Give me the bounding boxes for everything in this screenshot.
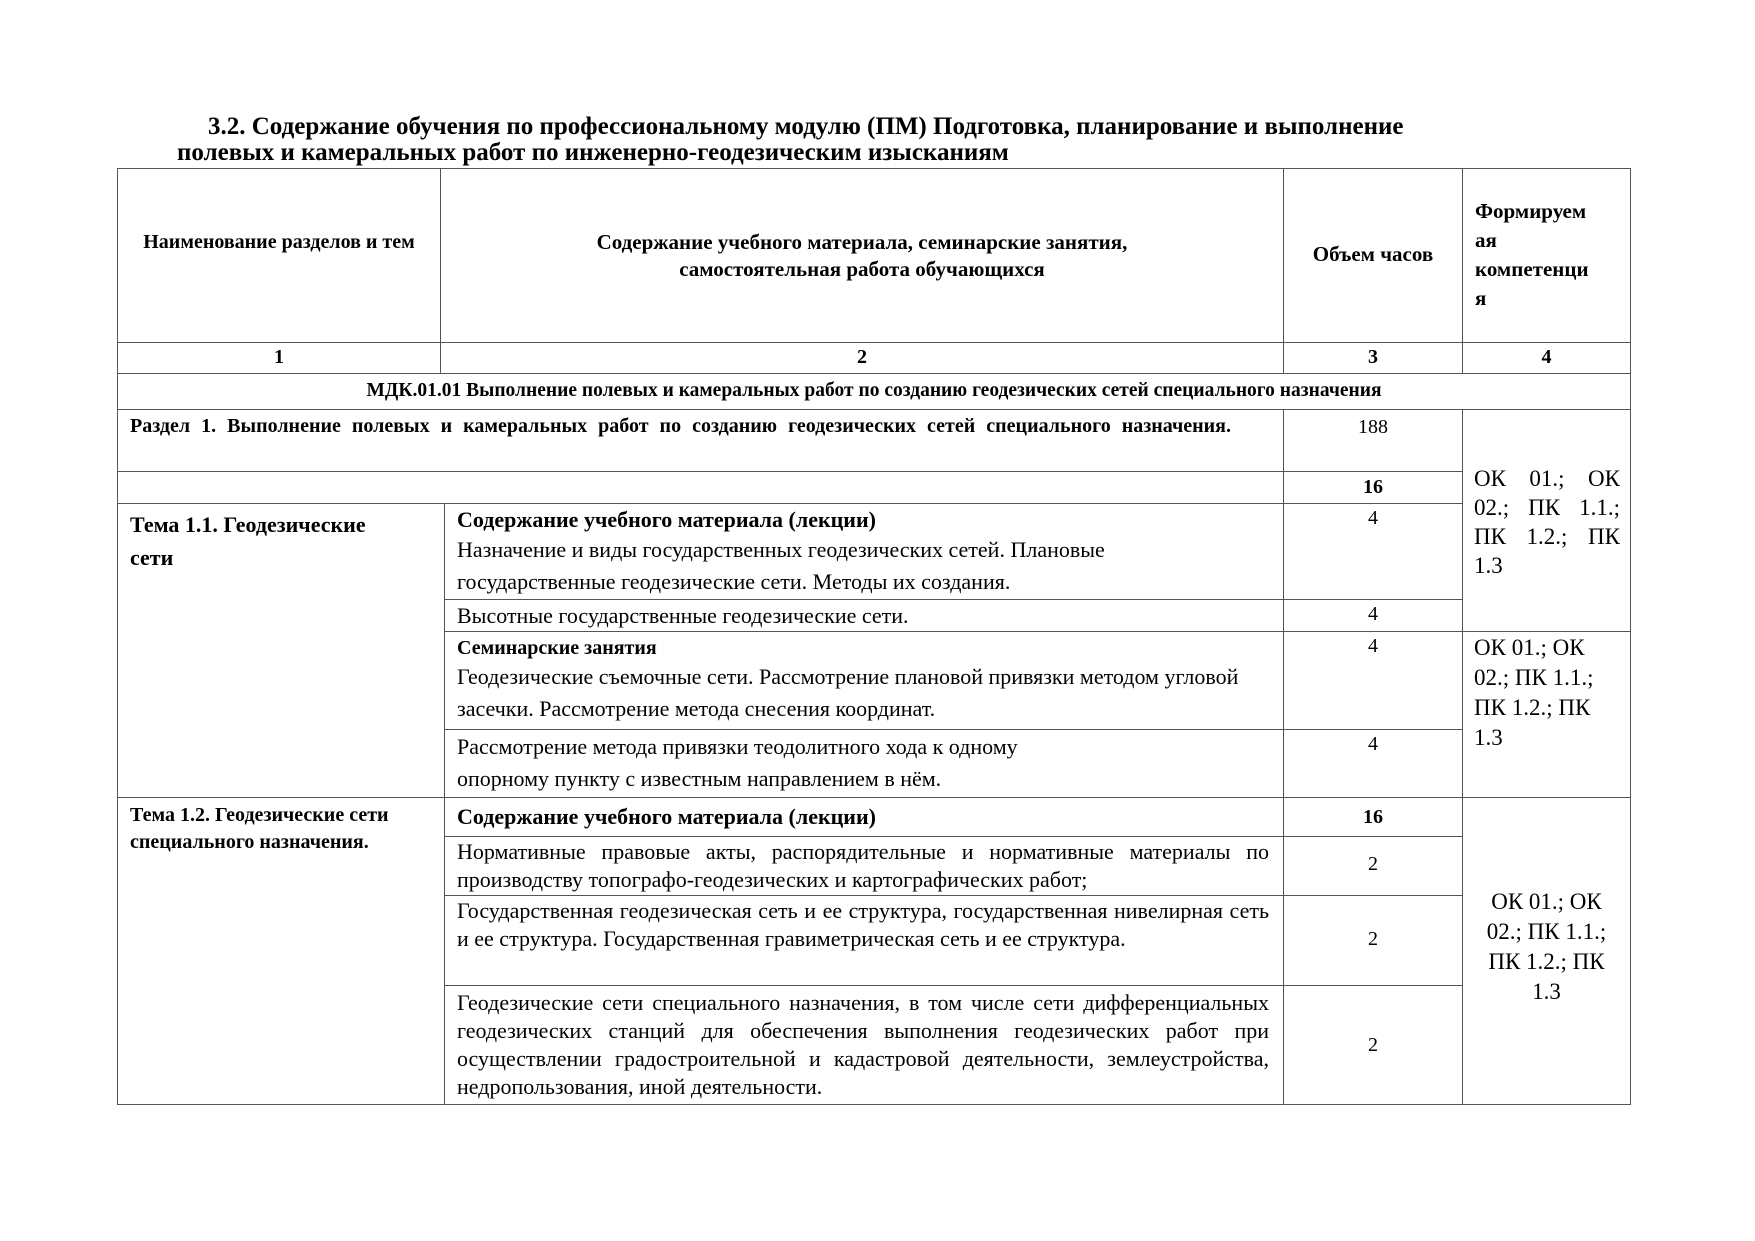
- row-content: Семинарские занятия Геодезические съемоч…: [457, 635, 1263, 725]
- row-hours: 4: [1284, 601, 1462, 628]
- mdk-row: МДК.01.01 Выполнение полевых и камеральн…: [117, 373, 1631, 410]
- document-title-line1: 3.2. Содержание обучения по профессионал…: [208, 114, 1403, 140]
- topic-1-1-row-4: Рассмотрение метода привязки теодолитног…: [444, 729, 1284, 798]
- document-title-line2: полевых и камеральных работ по инженерно…: [177, 140, 1009, 166]
- header-cell-3: Объем часов: [1283, 168, 1463, 343]
- row-heading: Семинарские занятия: [457, 635, 1263, 661]
- seminar-competence-cell: ОК 01.; ОК 02.; ПК 1.1.; ПК 1.2.; ПК 1.3: [1462, 631, 1631, 798]
- header-competence: Формируем ая компетенци я: [1475, 197, 1589, 313]
- subtotal-hours-cell: 16: [1283, 471, 1463, 504]
- header-cell-2: Содержание учебного материала, семинарск…: [440, 168, 1284, 343]
- row-text: Геодезические съемочные сети. Рассмотрен…: [457, 661, 1263, 725]
- section-hours: 188: [1284, 414, 1462, 441]
- header-competence-line: я: [1475, 284, 1589, 313]
- topic-1-1-title: Тема 1.1. Геодезические сети: [130, 508, 414, 574]
- colnum-cell-2: 2: [440, 342, 1284, 374]
- subtotal-hours: 16: [1284, 474, 1462, 501]
- row-heading: Содержание учебного материала (лекции): [457, 801, 876, 832]
- hours-cell: 16: [1283, 797, 1463, 837]
- row-hours: 4: [1284, 505, 1462, 532]
- hours-cell: 4: [1283, 503, 1463, 600]
- hours-cell: 2: [1283, 895, 1463, 986]
- row-text: Рассмотрение метода привязки теодолитног…: [457, 731, 1113, 795]
- hours-cell: 2: [1283, 836, 1463, 896]
- section-title-cell: Раздел 1. Выполнение полевых и камеральн…: [117, 409, 1284, 472]
- colnum-cell-4: 4: [1462, 342, 1631, 374]
- topic-1-2-row-2: Государственная геодезическая сеть и ее …: [444, 895, 1284, 986]
- section-hours-cell: 188: [1283, 409, 1463, 472]
- mdk-title: МДК.01.01 Выполнение полевых и камеральн…: [118, 377, 1630, 404]
- topic-1-1-row-3: Семинарские занятия Геодезические съемоч…: [444, 631, 1284, 730]
- topic-1-2-lecture-heading-cell: Содержание учебного материала (лекции): [444, 797, 1284, 837]
- header-competence-line: Формируем: [1475, 197, 1589, 226]
- topic-1-1-cell: Тема 1.1. Геодезические сети: [117, 503, 445, 798]
- subtotal-blank-cell: [117, 471, 1284, 504]
- row-hours: 4: [1284, 731, 1462, 758]
- colnum-cell-1: 1: [117, 342, 441, 374]
- topic-1-2-competence-cell: ОК 01.; ОК 02.; ПК 1.1.; ПК 1.2.; ПК 1.3: [1462, 797, 1631, 1105]
- row-hours: 4: [1284, 633, 1462, 660]
- colnum-cell-3: 3: [1283, 342, 1463, 374]
- hours-cell: 4: [1283, 599, 1463, 632]
- seminar-competence: ОК 01.; ОК 02.; ПК 1.1.; ПК 1.2.; ПК 1.3: [1474, 633, 1622, 753]
- hours-cell: 4: [1283, 729, 1463, 798]
- section-competence: ОК 01.; ОК 02.; ПК 1.1.; ПК 1.2.; ПК 1.3: [1474, 464, 1620, 580]
- row-text: Нормативные правовые акты, распорядитель…: [457, 838, 1269, 894]
- column-number: 1: [118, 344, 440, 371]
- header-competence-line: ая: [1475, 226, 1589, 255]
- topic-1-2-competence: ОК 01.; ОК 02.; ПК 1.1.; ПК 1.2.; ПК 1.3: [1475, 887, 1618, 1007]
- header-hours: Объем часов: [1284, 241, 1462, 268]
- topic-1-2-cell: Тема 1.2. Геодезические сети специальног…: [117, 797, 445, 1105]
- hours-cell: 2: [1283, 985, 1463, 1105]
- lecture-hours: 16: [1284, 804, 1462, 831]
- row-hours: 2: [1284, 851, 1462, 878]
- column-number: 4: [1463, 344, 1630, 371]
- hours-cell: 4: [1283, 631, 1463, 730]
- topic-1-2-row-3: Геодезические сети специального назначен…: [444, 985, 1284, 1105]
- column-number: 2: [441, 344, 1283, 371]
- topic-1-1-row-2: Высотные государственные геодезические с…: [444, 599, 1284, 632]
- header-cell-1: Наименование разделов и тем: [117, 168, 441, 343]
- row-text: Высотные государственные геодезические с…: [457, 600, 909, 631]
- row-text: Геодезические сети специального назначен…: [457, 989, 1269, 1101]
- section-competence-cell: ОК 01.; ОК 02.; ПК 1.1.; ПК 1.2.; ПК 1.3: [1462, 409, 1631, 632]
- column-number: 3: [1284, 344, 1462, 371]
- topic-1-2-title: Тема 1.2. Геодезические сети специальног…: [130, 802, 436, 856]
- header-competence-line: компетенци: [1475, 255, 1589, 284]
- row-hours: 2: [1284, 926, 1462, 953]
- row-hours: 2: [1284, 1032, 1462, 1059]
- header-cell-4: Формируем ая компетенци я: [1462, 168, 1631, 343]
- topic-1-2-row-1: Нормативные правовые акты, распорядитель…: [444, 836, 1284, 896]
- row-text: Назначение и виды государственных геодез…: [457, 534, 1263, 598]
- topic-1-1-row-1: Содержание учебного материала (лекции) Н…: [444, 503, 1284, 600]
- section-title: Раздел 1. Выполнение полевых и камеральн…: [130, 413, 1271, 440]
- row-text: Государственная геодезическая сеть и ее …: [457, 897, 1269, 953]
- row-content: Содержание учебного материала (лекции) Н…: [457, 506, 1263, 598]
- header-content: Содержание учебного материала, семинарск…: [531, 229, 1193, 283]
- row-heading: Содержание учебного материала (лекции): [457, 506, 1263, 534]
- header-name: Наименование разделов и тем: [130, 229, 428, 256]
